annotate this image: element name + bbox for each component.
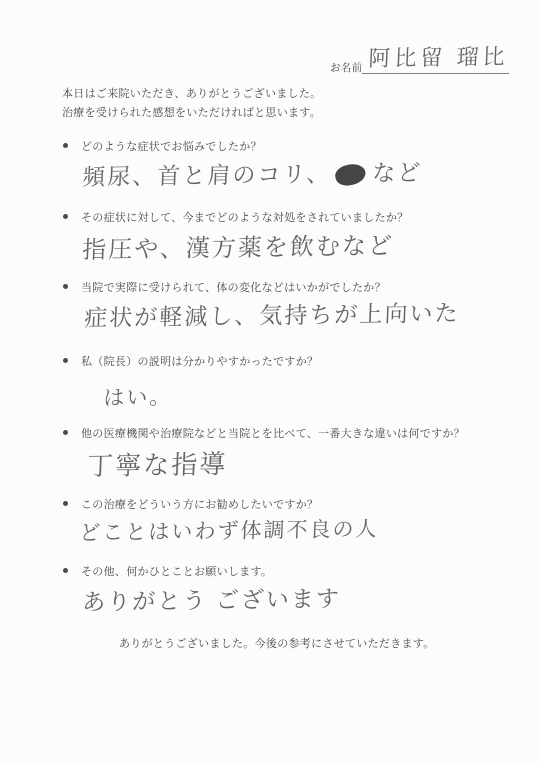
handwritten-answer: 丁寧な指導 [87,440,525,483]
scribble-redaction [333,160,367,189]
bullet-icon [63,568,68,573]
bullet-icon [63,143,68,148]
question-text: その他、何かひとことお願いします。 [81,563,272,579]
question-text: その症状に対して、今までどのような対処をされていましたか？ [81,209,408,225]
closing-thanks-text: ありがとうございました。今後の参考にさせていただきます。 [119,635,435,651]
handwritten-answer: どことはいわず体調不良の人 [79,511,524,547]
question-block: 当院で実際に受けられて、体の変化などはいかがでしたか？ 症状が軽減し、気持ちが上… [62,279,524,333]
question-text: 当院で実際に受けられて、体の変化などはいかがでしたか？ [81,279,386,295]
question-text: 他の医療機関や治療院などと当院とを比べて、一番大きな違いは何ですか？ [81,425,465,441]
question-text: 私（院長）の説明は分かりやすかったですか？ [81,353,318,369]
handwritten-answer: ありがとう ございます [82,578,525,617]
name-label: お名前 [330,60,362,75]
question-block: その症状に対して、今までどのような対処をされていましたか？ 指圧や、漢方薬を飲む… [62,209,524,265]
handwritten-answer: 頻尿、首と肩のコリ、など [82,153,525,192]
question-block: その他、何かひとことお願いします。 ありがとう ございます [62,563,524,617]
bullet-icon [63,501,68,506]
bullet-icon [63,214,68,219]
handwritten-name: 阿比留 瑠比 [368,40,509,73]
bullet-icon [63,284,68,289]
scanned-questionnaire: お名前 阿比留 瑠比 本日はご来院いただき、ありがとうございました。 治療を受け… [0,0,540,764]
answer-text-suffix: など [372,159,423,186]
question-block: 私（院長）の説明は分かりやすかったですか？ はい。 [62,353,524,412]
intro-text: 本日はご来院いただき、ありがとうございました。 治療を受けられた感想をいただけれ… [62,85,321,123]
question-text: この治療をどういう方にお勧めしたいですか？ [81,496,318,512]
bullet-icon [63,358,68,363]
handwritten-answer: はい。 [103,376,524,412]
bullet-icon [63,430,68,435]
question-text: どのような症状でお悩みでしたか？ [81,138,262,154]
question-block: この治療をどういう方にお勧めしたいですか？ どことはいわず体調不良の人 [62,496,524,547]
name-underline [362,73,509,74]
question-block: 他の医療機関や治療院などと当院とを比べて、一番大きな違いは何ですか？ 丁寧な指導 [62,425,524,483]
handwritten-answer: 指圧や、漢方薬を飲むなど [82,224,525,265]
intro-line-2: 治療を受けられた感想をいただければと思います。 [62,104,321,123]
question-block: どのような症状でお悩みでしたか？ 頻尿、首と肩のコリ、など [62,138,524,192]
handwritten-answer: 症状が軽減し、気持ちが上向いた [84,294,525,333]
intro-line-1: 本日はご来院いただき、ありがとうございました。 [62,85,321,104]
answer-text: 頻尿、首と肩のコリ、 [82,161,332,190]
